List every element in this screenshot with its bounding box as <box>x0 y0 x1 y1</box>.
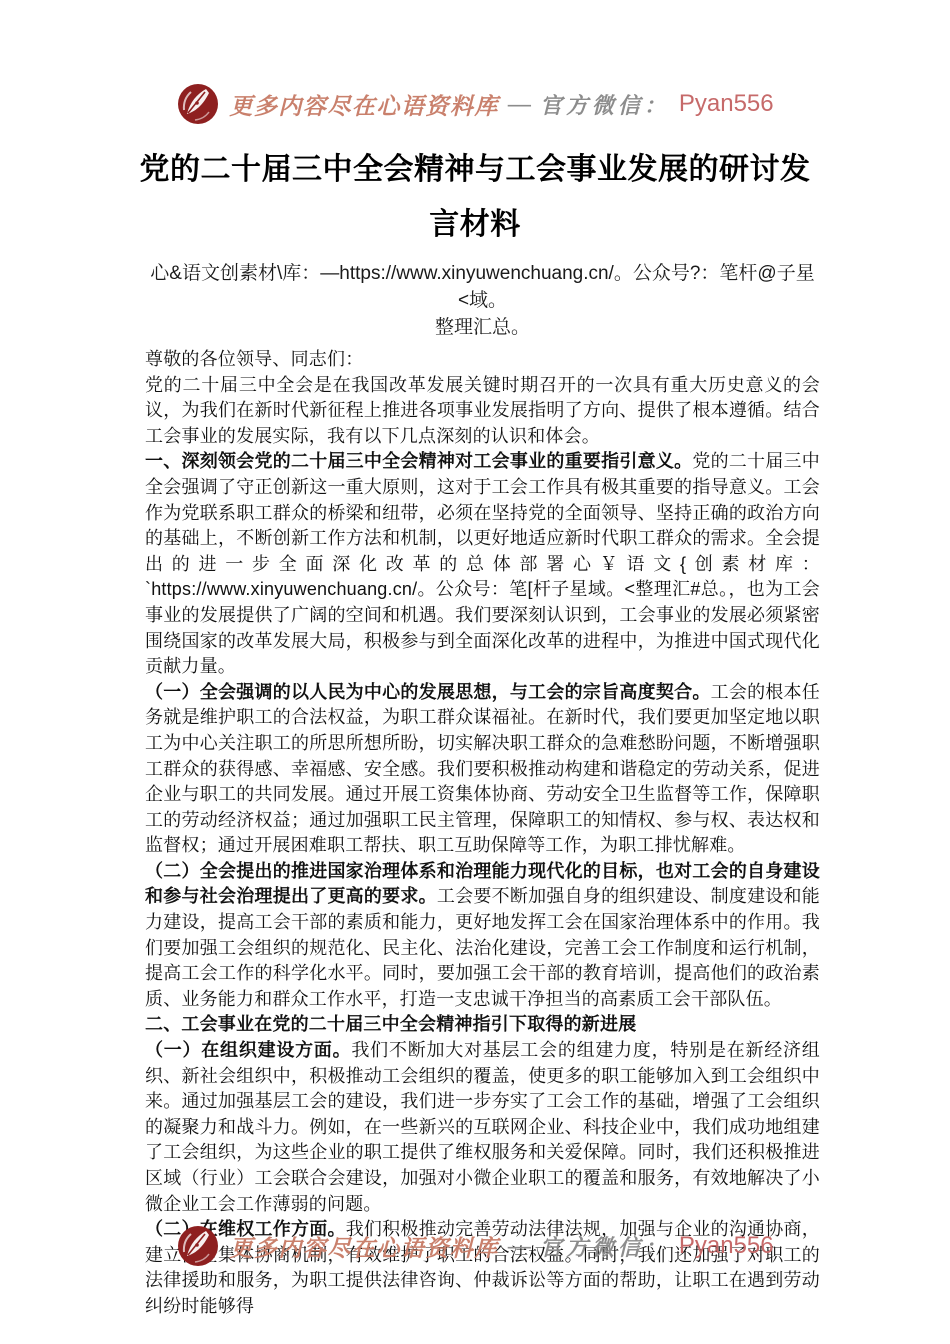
banner-brand-text: 更多内容尽在心语资料库 <box>229 1230 499 1263</box>
document-body: 尊敬的各位领导、同志们： 党的二十届三中全会是在我国改革发展关键时期召开的一次具… <box>145 347 820 1320</box>
salutation: 尊敬的各位领导、同志们： <box>145 347 820 373</box>
banner-wechat-label: 官方微信： <box>540 1231 670 1262</box>
header-banner: 更多内容尽在心语资料库—官方微信：Pyan556 <box>0 0 950 126</box>
document-page: 更多内容尽在心语资料库—官方微信：Pyan556 党的二十届三中全会精神与工会事… <box>0 0 950 1344</box>
document-title: 党的二十届三中全会精神与工会事业发展的研讨发言材料 <box>137 142 813 252</box>
intro-paragraph: 党的二十届三中全会是在我国改革发展关键时期召开的一次具有重大历史意义的会议，为我… <box>145 373 820 450</box>
subtitle-line-2: 整理汇总。 <box>145 314 820 341</box>
section-1-lead: 一、深刻领会党的二十届三中全会精神对工会事业的重要指引意义。 <box>145 451 692 471</box>
footer-banner: 更多内容尽在心语资料库—官方微信：Pyan556 <box>0 1224 950 1268</box>
banner-wechat-id: Pyan556 <box>679 1232 774 1260</box>
paragraph-1-1: （一）全会强调的以人民为中心的发展思想，与工会的宗旨高度契合。工会的根本任务就是… <box>145 680 820 859</box>
section-1-paragraph: 一、深刻领会党的二十届三中全会精神对工会事业的重要指引意义。党的二十届三中全会强… <box>145 449 820 679</box>
banner-brand-text: 更多内容尽在心语资料库 <box>229 88 499 121</box>
paragraph-2-1-lead: （一）在组织建设方面。 <box>145 1040 351 1060</box>
paragraph-1-1-text: 工会的根本任务就是维护职工的合法权益，为职工群众谋福祉。在新时代，我们要更加坚定… <box>145 682 820 856</box>
banner-separator: — <box>508 1233 531 1259</box>
paragraph-2-1: （一）在组织建设方面。我们不断加大对基层工会的组建力度，特别是在新经济组织、新社… <box>145 1038 820 1217</box>
document-subtitle: 心&语文创素材\库：—https://www.xinyuwenchuang.cn… <box>145 260 820 341</box>
subtitle-line-1: 心&语文创素材\库：—https://www.xinyuwenchuang.cn… <box>145 260 820 314</box>
pen-nib-seal-icon <box>176 82 220 126</box>
banner-separator: — <box>508 91 531 117</box>
pen-nib-seal-icon <box>176 1224 220 1268</box>
section-1-text: 党的二十届三中全会强调了守正创新这一重大原则，这对于工会工作具有极其重要的指导意… <box>145 451 820 676</box>
paragraph-1-1-lead: （一）全会强调的以人民为中心的发展思想，与工会的宗旨高度契合。 <box>145 682 711 702</box>
banner-wechat-id: Pyan556 <box>679 90 774 118</box>
banner-wechat-label: 官方微信： <box>540 89 670 120</box>
paragraph-2-1-text: 我们不断加大对基层工会的组建力度，特别是在新经济组织、新社会组织中，积极推动工会… <box>145 1040 820 1214</box>
section-2-heading: 二、工会事业在党的二十届三中全会精神指引下取得的新进展 <box>145 1012 820 1038</box>
paragraph-1-2: （二）全会提出的推进国家治理体系和治理能力现代化的目标，也对工会的自身建设和参与… <box>145 859 820 1013</box>
